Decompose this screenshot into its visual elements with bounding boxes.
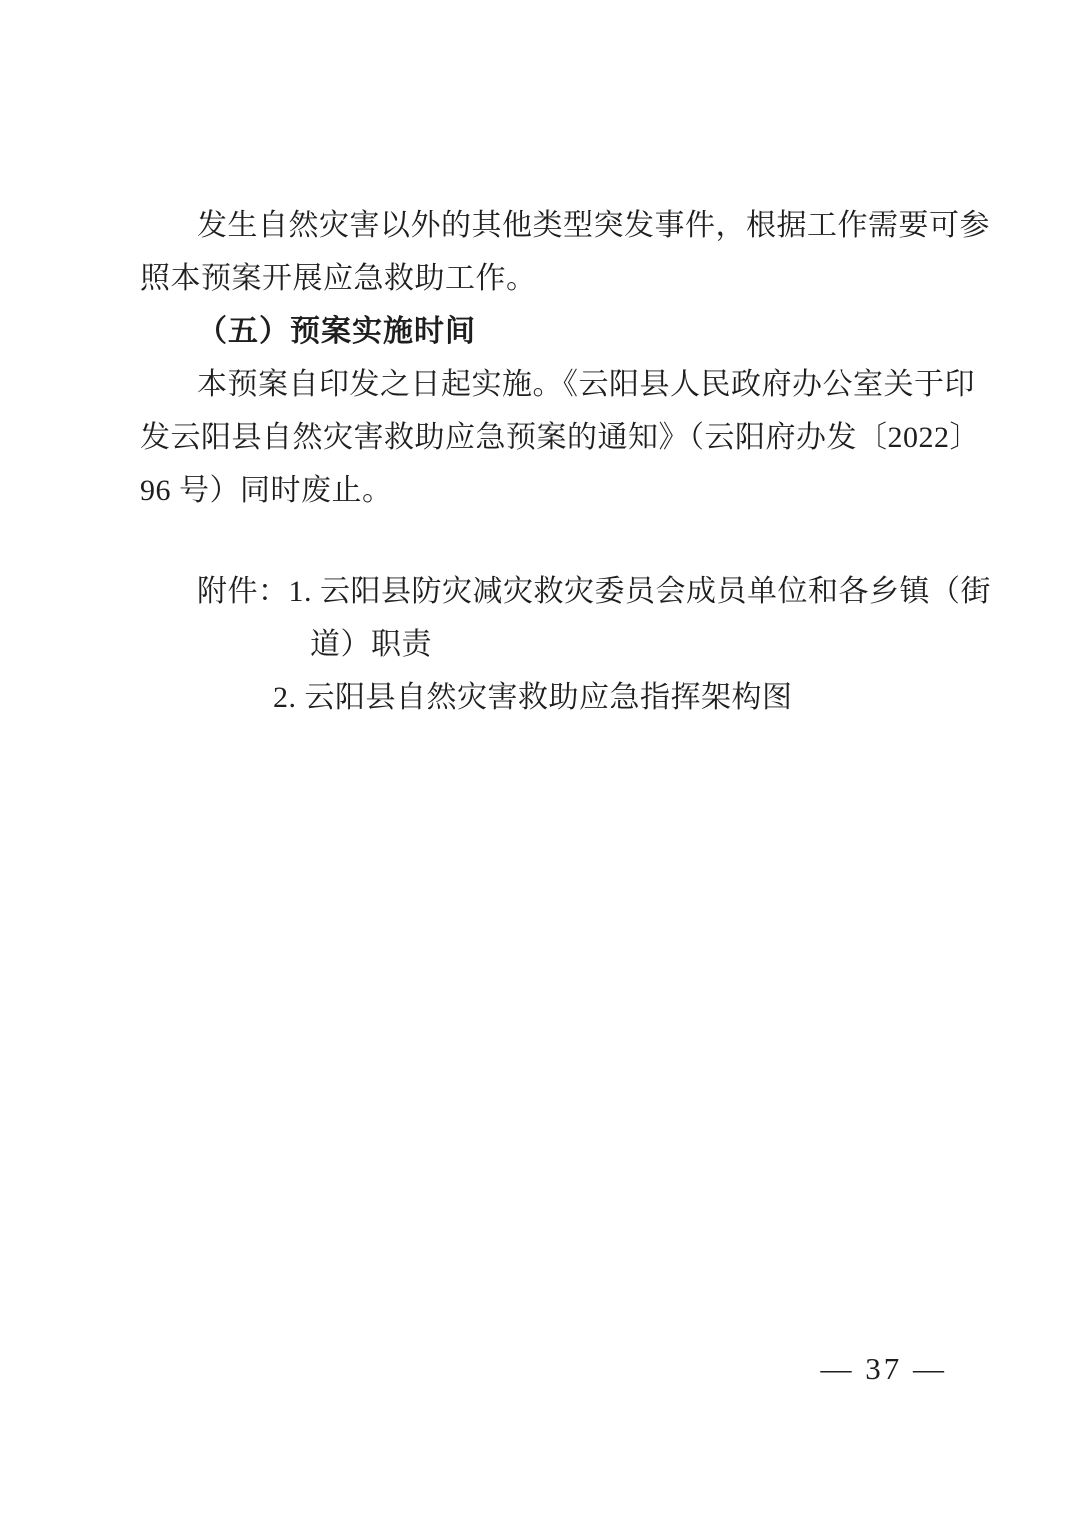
- attachment-item1-line2: 道）职责: [140, 618, 940, 671]
- section-heading: （五）预案实施时间: [140, 305, 940, 358]
- page-number: — 37 —: [821, 1350, 948, 1388]
- paragraph2-line1: 本预案自印发之日起实施。《云阳县人民政府办公室关于印: [140, 358, 940, 411]
- document-page: 发生自然灾害以外的其他类型突发事件，根据工作需要可参 照本预案开展应急救助工作。…: [0, 0, 1074, 1520]
- attachment-item1-line1: 附件：1. 云阳县防灾减灾救灾委员会成员单位和各乡镇（街: [140, 565, 940, 618]
- document-body: 发生自然灾害以外的其他类型突发事件，根据工作需要可参 照本预案开展应急救助工作。…: [140, 199, 940, 724]
- paragraph2-line2: 发云阳县自然灾害救助应急预案的通知》（云阳府办发〔2022〕: [140, 411, 940, 464]
- paragraph1-line1: 发生自然灾害以外的其他类型突发事件，根据工作需要可参: [140, 199, 940, 252]
- attachment-list: 附件：1. 云阳县防灾减灾救灾委员会成员单位和各乡镇（街 道）职责 2. 云阳县…: [140, 565, 940, 724]
- paragraph2-line3: 96 号）同时废止。: [140, 464, 940, 517]
- paragraph1-line2: 照本预案开展应急救助工作。: [140, 252, 940, 305]
- attachment-item2: 2. 云阳县自然灾害救助应急指挥架构图: [140, 671, 940, 724]
